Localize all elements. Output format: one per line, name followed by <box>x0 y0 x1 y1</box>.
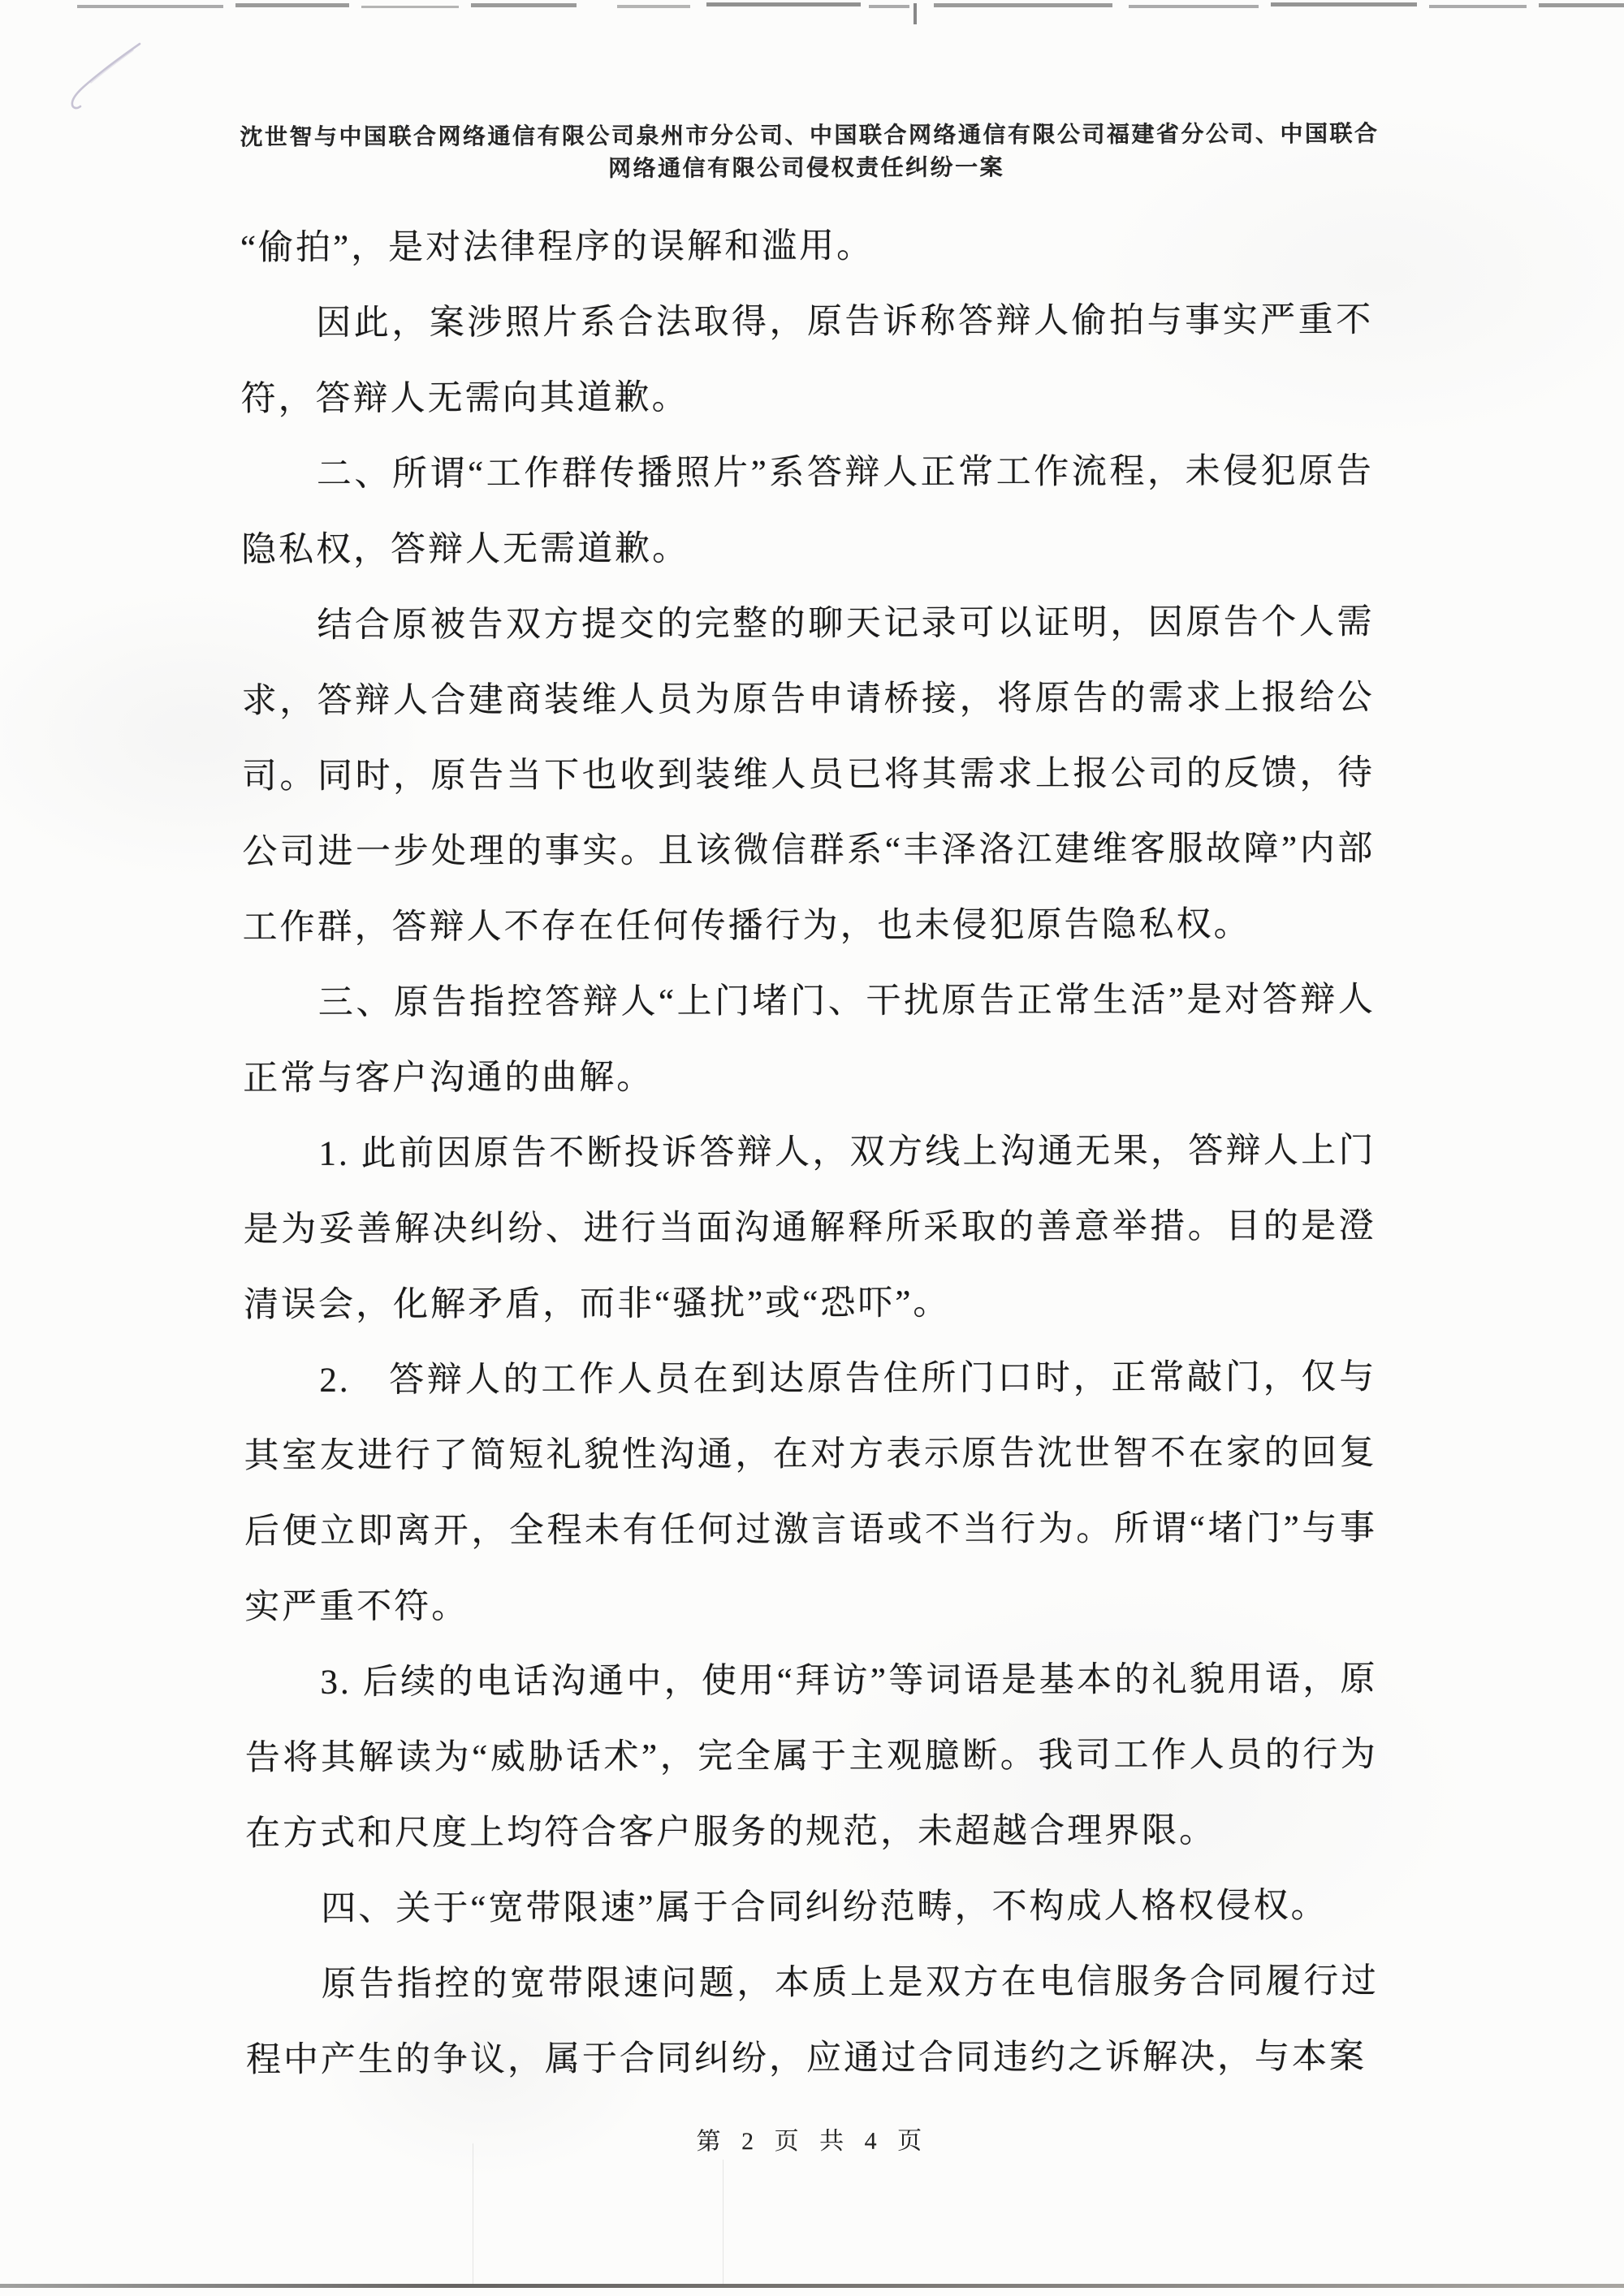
body-paragraph: 二、所谓“工作群传播照片”系答辩人正常工作流程，未侵犯原告隐私权，答辩人无需道歉… <box>241 434 1375 588</box>
scan-noise-band <box>0 0 1624 32</box>
caption-line-1: 沈世智与中国联合网络通信有限公司泉州市分公司、中国联合网络通信有限公司福建省分公… <box>240 119 1372 154</box>
scanned-document-page: 沈世智与中国联合网络通信有限公司泉州市分公司、中国联合网络通信有限公司福建省分公… <box>0 0 1624 2296</box>
case-caption: 沈世智与中国联合网络通信有限公司泉州市分公司、中国联合网络通信有限公司福建省分公… <box>240 119 1372 187</box>
body-paragraph: 原告指控的宽带限速问题，本质上是双方在电信服务合同履行过程中产生的争议，属于合同… <box>246 1944 1380 2098</box>
body-paragraph: “偷拍”，是对法律程序的误解和滥用。 <box>240 207 1373 286</box>
body-paragraph: 四、关于“宽带限速”属于合同纠纷范畴，不构成人格权侵权。 <box>245 1868 1378 1947</box>
body-paragraph: 结合原被告双方提交的完整的聊天记录可以证明，因原告个人需求，答辩人合建商装维人员… <box>241 585 1375 965</box>
body-paragraph: 3. 后续的电话沟通中，使用“拜访”等词语是基本的礼貌用语，原告将其解读为“威胁… <box>244 1642 1378 1871</box>
document-body: “偷拍”，是对法律程序的误解和滥用。因此，案涉照片系合法取得，原告诉称答辩人偷拍… <box>240 207 1379 2098</box>
body-paragraph: 三、原告指控答辩人“上门堵门、干扰原告正常生活”是对答辩人正常与客户沟通的曲解。 <box>243 962 1376 1116</box>
body-paragraph: 2. 答辩人的工作人员在到达原告住所门口时，正常敲门，仅与其室友进行了简短礼貌性… <box>244 1340 1377 1645</box>
scan-streak <box>473 2143 473 2284</box>
body-paragraph: 1. 此前因原告不断投诉答辩人，双方线上沟通无果，答辩人上门是为妥善解决纠纷、进… <box>243 1113 1376 1343</box>
scan-streak <box>723 2160 723 2284</box>
scan-edge-line <box>0 2284 1624 2288</box>
pen-mark <box>49 32 162 130</box>
page-number: 第 2 页 共 4 页 <box>246 2119 1379 2158</box>
caption-line-2: 网络通信有限公司侵权责任纠纷一案 <box>240 151 1373 187</box>
body-paragraph: 因此，案涉照片系合法取得，原告诉称答辩人偷拍与事实严重不符，答辩人无需向其道歉。 <box>240 283 1374 437</box>
